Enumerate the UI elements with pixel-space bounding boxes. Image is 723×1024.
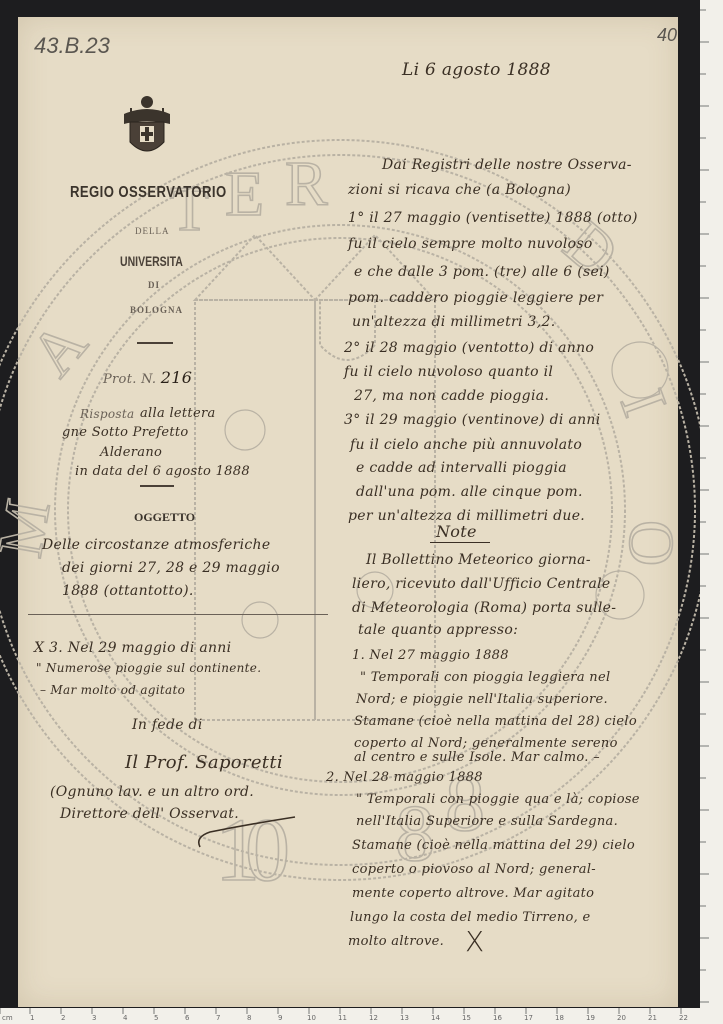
note-item-7: 2. Nel 28 maggio 1888 [326,770,483,785]
note-item-1: 1. Nel 27 maggio 1888 [352,648,509,663]
risposta-text: alla lettera [140,406,216,421]
body-line-12: fu il cielo anche più annuvolato [350,437,582,453]
oggetto-label: OGGETTO [134,510,195,525]
date-line: Li 6 agosto 1888 [402,60,551,80]
ruler-tick: 7 [216,1014,220,1022]
note-item-8: " Temporali con pioggie qua e là; copios… [356,792,640,807]
body-line-9: fu il cielo nuvoloso quanto il [344,364,553,380]
ruler-tick: 1 [30,1014,34,1022]
archive-reference: 43.B.23 [34,33,110,59]
prot-label: Prot. N. 216 [103,368,192,387]
letterhead-di: DI [148,280,160,290]
ruler-tick: 20 [617,1014,626,1022]
note-item-12: mente coperto altrove. Mar agitato [352,886,594,901]
ruler-tick: 19 [586,1014,595,1022]
risposta-line2: gne Sotto Prefetto [62,425,189,440]
note-item-9: nell'Italia Superiore e sulla Sardegna. [356,814,618,829]
ruler-tick: 6 [185,1014,189,1022]
note-item-11: coperto o piovoso al Nord; general- [352,862,596,877]
horizontal-ruler: cm 1 2 3 4 5 6 7 8 9 10 11 12 13 14 15 1… [0,1008,723,1024]
oggetto-line-3: 1888 (ottantotto). [62,583,194,599]
prot-number: 216 [161,368,192,387]
ruler-tick: 8 [247,1014,251,1022]
left-note-2: " Numerose pioggie sul continente. [36,661,261,675]
ruler-tick: 13 [400,1014,409,1022]
note-body-3: di Meteorologia (Roma) porta sulle- [352,600,616,616]
ruler-tick: 2 [61,1014,65,1022]
ruler-unit: cm [2,1014,13,1022]
page-number: 40 [657,25,677,46]
signature-name: Il Prof. Saporetti [125,752,283,773]
oggetto-line-2: dei giorni 27, 28 e 29 maggio [62,560,280,576]
ruler-tick: 12 [369,1014,378,1022]
note-heading: Note [436,522,477,541]
ruler-tick: 9 [278,1014,282,1022]
note-body-4: tale quanto appresso: [358,622,518,638]
note-item-6: al centro e sulle Isole. Mar calmo. – [354,750,600,765]
coat-of-arms-icon [118,94,176,164]
ruler-tick: 22 [679,1014,688,1022]
risposta-label: Risposta [80,407,134,421]
body-line-6: pom. caddero pioggie leggiere per [348,290,603,306]
note-heading-underline [430,542,490,543]
note-item-13: lungo la costa del medio Tirreno, e [350,910,590,925]
left-note-1: X 3. Nel 29 maggio di anni [34,640,231,656]
risposta-line3: Alderano [100,445,162,460]
risposta-line4: in data del 6 agosto 1888 [75,464,250,479]
ruler-tick: 14 [431,1014,440,1022]
ruler-tick: 3 [92,1014,96,1022]
ruler-tick: 16 [493,1014,502,1022]
note-item-14: molto altrove. [348,934,444,949]
signature-flourish-icon [190,812,300,852]
note-item-4: Stamane (cioè nella mattina del 28) ciel… [354,714,637,729]
ruler-tick: 15 [462,1014,471,1022]
letterhead-della: DELLA [135,226,170,236]
oggetto-line-1: Delle circostanze atmosferiche [42,537,270,553]
in-fede: In fede di [132,717,203,733]
body-line-5: e che dalle 3 pom. (tre) alle 6 (sei) [354,264,610,280]
signature-title-1: (Ognuno lav. e un altro ord. [50,784,254,800]
ornament-divider-2 [140,485,174,487]
body-line-7: un'altezza di millimetri 3,2. [352,314,555,330]
body-line-13: e cadde ad intervalli pioggia [356,460,567,476]
left-note-3: – Mar molto od agitato [40,683,185,697]
note-item-5: coperto al Nord; generalmente sereno [354,736,618,751]
ruler-tick: 11 [338,1014,347,1022]
body-line-3: 1° il 27 maggio (ventisette) 1888 (otto) [348,210,638,226]
ornament-divider [137,342,173,344]
note-item-2: " Temporali con pioggia leggiera nel [360,670,610,685]
body-line-1: Dai Registri delle nostre Osserva- [382,157,632,173]
note-body-1: Il Bollettino Meteorico giorna- [366,552,591,568]
end-mark: X [465,925,484,958]
letterhead-title: REGIO OSSERVATORIO [70,184,227,202]
body-line-11: 3° il 29 maggio (ventinove) di anni [344,412,601,428]
note-item-3: Nord; e pioggie nell'Italia superiore. [356,692,608,707]
ruler-tick: 18 [555,1014,564,1022]
body-line-14: dall'una pom. alle cinque pom. [356,484,583,500]
note-body-2: liero, ricevuto dall'Ufficio Centrale [352,576,610,592]
letterhead-universita: UNIVERSITA [120,253,183,269]
body-line-2: zioni si ricava che (a Bologna) [348,182,571,198]
letterhead-bologna: BOLOGNA [130,305,183,315]
vertical-ruler [700,0,723,1008]
horizontal-rule [28,614,328,615]
ruler-tick: 4 [123,1014,127,1022]
body-line-10: 27, ma non cadde pioggia. [354,388,549,404]
ruler-tick: 21 [648,1014,657,1022]
body-line-4: fu il cielo sempre molto nuvoloso [348,236,593,252]
note-item-10: Stamane (cioè nella mattina del 29) ciel… [352,838,635,853]
body-line-8: 2° il 28 maggio (ventotto) di anno [344,340,594,356]
ruler-tick: 10 [307,1014,316,1022]
ruler-tick: 17 [524,1014,533,1022]
ruler-tick: 5 [154,1014,158,1022]
